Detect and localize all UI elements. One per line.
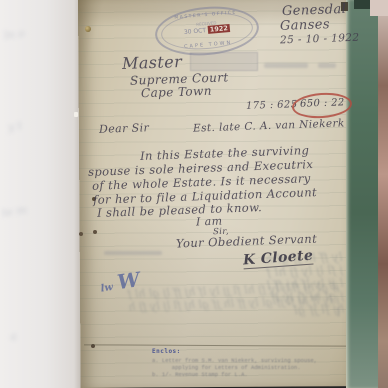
circled-reference-number: 650 : 22 xyxy=(300,97,345,110)
document-photo: ln o y t te m a MASTER'S OFFICE RECEIVED… xyxy=(0,0,388,388)
bleedthrough-texture: ln o xyxy=(3,27,25,43)
faint-typed-mark xyxy=(104,251,162,255)
bleedthrough-texture: y t xyxy=(7,119,23,134)
bleedthrough-texture: a xyxy=(9,330,17,344)
enclosure-stamp-label: Enclos: xyxy=(152,348,181,355)
bleedthrough-texture: jf gl hj fl lj ly fj hl fl jj ly lf hj f… xyxy=(127,280,341,345)
bleedthrough-texture: te m xyxy=(1,203,27,219)
paper-speck xyxy=(74,112,78,117)
letterhead-place-line1: Genesdal xyxy=(282,2,347,19)
faint-typed-mark xyxy=(264,63,308,68)
cover-label-fragment xyxy=(354,0,370,9)
brass-fastener xyxy=(85,26,91,32)
enclosure-typed-list: a. Letter from S.M. van Niekerk, survivi… xyxy=(152,357,337,378)
faint-typed-mark xyxy=(318,63,336,68)
faint-stamp-box xyxy=(190,52,258,71)
recipient-title: Master xyxy=(122,52,183,73)
previous-page-edge: ln o y t te m a xyxy=(0,0,84,388)
volume-spine-edge xyxy=(378,0,388,388)
bound-volume-cover-edge xyxy=(346,0,380,388)
salutation: Dear Sir xyxy=(99,121,150,136)
recipient-city: Cape Town xyxy=(141,84,212,100)
letterhead-place-line2: Ganses xyxy=(280,17,330,34)
file-reference-number: 175 : 625 xyxy=(246,99,298,112)
corner-page-edge xyxy=(370,0,388,16)
binding-hole xyxy=(79,232,83,236)
binding-hole xyxy=(93,230,97,234)
